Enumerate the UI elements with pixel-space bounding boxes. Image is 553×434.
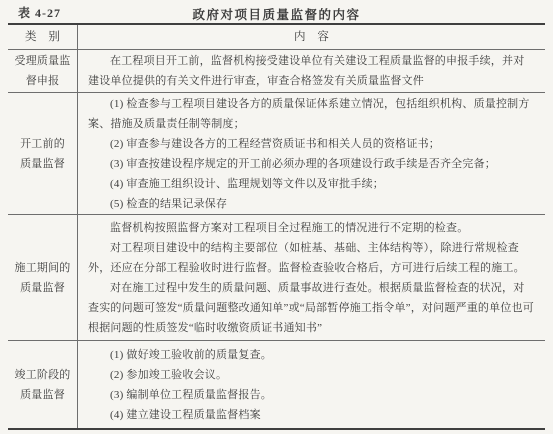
table-row: 施工期间的 质量监督 监督机构按照监督方案对工程项目全过程施工的情况进行不定期的… (8, 214, 545, 340)
content-paragraph: (4) 审查施工组织设计、监理规划等文件以及审批手续； (88, 174, 535, 194)
content-paragraph: 在工程项目开工前，监督机构接受建设单位有关建设工程质量监督的申报手续，并对建设单… (88, 51, 535, 91)
table-number: 表 4-27 (18, 4, 61, 21)
content-paragraph: 监督机构按照监督方案对工程项目全过程施工的情况进行不定期的检查。 (88, 218, 535, 238)
content-paragraph: (2) 审查参与建设各方的工程经营资质证书和相关人员的资格证书； (88, 134, 535, 154)
header-content-cell: 内 容 (78, 25, 545, 49)
content-paragraph: 对在施工过程中发生的质量问题、质量事故进行查处。根据质量监督检查的状况，对查实的… (88, 278, 535, 338)
header-row: 类 别 内 容 (8, 25, 545, 49)
content-paragraph: (4) 建立建设工程质量监督档案 (88, 405, 535, 425)
category-cell: 竣工阶段的 质量监督 (8, 341, 78, 428)
table-title: 政府对项目质量监督的内容 (8, 5, 545, 23)
content-paragraph: (1) 检查参与工程项目建设各方的质量保证体系建立情况，包括组织机构、质量控制方… (88, 94, 535, 134)
content-paragraph: (3) 编制单位工程质量监督报告。 (88, 385, 535, 405)
content-cell: 监督机构按照监督方案对工程项目全过程施工的情况进行不定期的检查。 对工程项目建设… (78, 215, 545, 340)
table-row: 开工前的 质量监督 (1) 检查参与工程项目建设各方的质量保证体系建立情况，包括… (8, 92, 545, 214)
category-cell: 施工期间的 质量监督 (8, 215, 78, 340)
table-row: 受理质量监 督申报 在工程项目开工前，监督机构接受建设单位有关建设工程质量监督的… (8, 49, 545, 92)
content-paragraph: (3) 审查按建设程序规定的开工前必须办理的各项建设行政手续是否齐全完备； (88, 154, 535, 174)
content-paragraph: 对工程项目建设中的结构主要部位（如桩基、基础、主体结构等），除进行常规检查外，还… (88, 238, 535, 278)
table-caption: 表 4-27 政府对项目质量监督的内容 (8, 0, 545, 23)
content-paragraph: (1) 做好竣工验收前的质量复查。 (88, 345, 535, 365)
content-cell: 在工程项目开工前，监督机构接受建设单位有关建设工程质量监督的申报手续，并对建设单… (78, 50, 545, 92)
category-cell: 受理质量监 督申报 (8, 50, 78, 92)
header-category-cell: 类 别 (8, 25, 78, 49)
category-cell: 开工前的 质量监督 (8, 93, 78, 214)
page: 表 4-27 政府对项目质量监督的内容 类 别 内 容 受理质量监 督申报 在工… (0, 0, 553, 434)
content-cell: (1) 检查参与工程项目建设各方的质量保证体系建立情况，包括组织机构、质量控制方… (78, 93, 545, 214)
quality-supervision-table: 类 别 内 容 受理质量监 督申报 在工程项目开工前，监督机构接受建设单位有关建… (8, 23, 545, 430)
table-row: 竣工阶段的 质量监督 (1) 做好竣工验收前的质量复查。 (2) 参加竣工验收会… (8, 340, 545, 428)
content-paragraph: (2) 参加竣工验收会议。 (88, 365, 535, 385)
header-content-label: 内 容 (294, 27, 329, 47)
content-cell: (1) 做好竣工验收前的质量复查。 (2) 参加竣工验收会议。 (3) 编制单位… (78, 341, 545, 428)
content-paragraph: (5) 检查的结果记录保存 (88, 194, 535, 214)
